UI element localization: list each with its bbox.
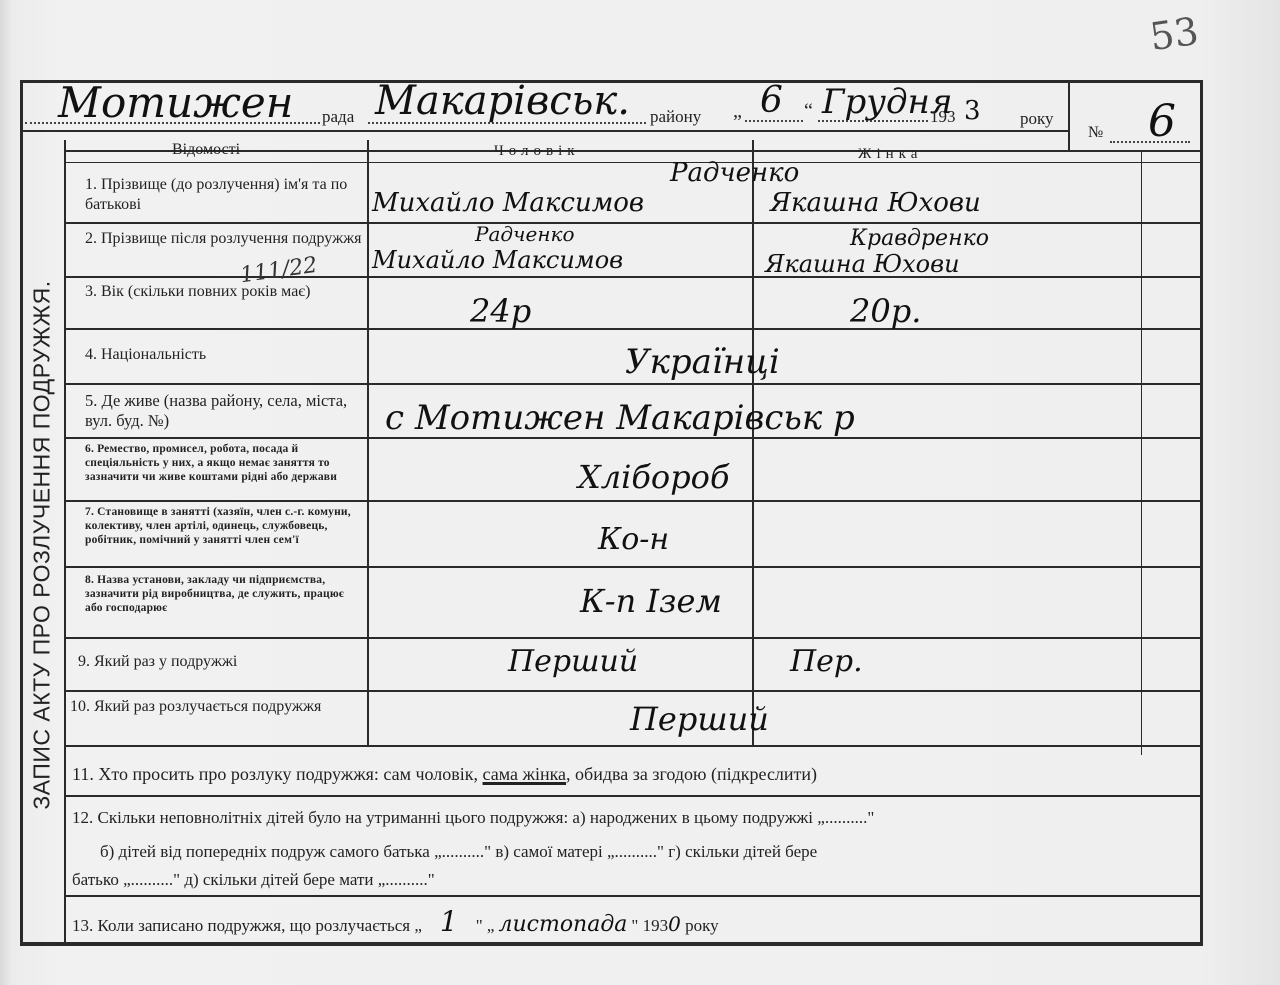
wife-name-after: Якашна Юхови <box>765 250 960 278</box>
husband-surname-after: Радченко <box>475 222 575 246</box>
occupation: Хлібороб <box>578 458 729 496</box>
row-label-4: 4. Національність <box>85 345 365 365</box>
husband-age: 24р <box>470 292 531 330</box>
year-label: року <box>1020 109 1054 129</box>
open-quote: „ <box>733 100 742 123</box>
row-label-3: 3. Вік (скільки повних років має) <box>85 282 365 302</box>
nationality: Українці <box>625 342 780 382</box>
column-header-wife: Жінка <box>858 146 922 163</box>
column-divider-2 <box>752 140 754 745</box>
column-divider-3 <box>1141 150 1142 755</box>
item-13: 13. Коли записано подружжя, що розлучаєт… <box>72 905 719 938</box>
husband-name-after: Михайло Максимов <box>372 246 623 274</box>
border-left <box>20 80 23 946</box>
item-12-line-1: 12. Скільки неповнолітніх дітей було на … <box>72 808 874 828</box>
row-line-8 <box>64 637 1202 639</box>
divorce-record-day: 1 <box>422 905 476 938</box>
row-line-4 <box>64 383 1202 385</box>
document-page: 53 ЗАПИС АКТУ ПРО РОЗЛУЧЕННЯ ПОДРУЖЖЯ. М… <box>0 0 1280 985</box>
item-12-line-3: батько „.........." д) скільки дітей бер… <box>72 870 435 890</box>
wife-name-before: Якашна Юхови <box>770 188 981 218</box>
header-bottom-line <box>20 130 1070 132</box>
column-header-line <box>64 162 1202 163</box>
row-line-11 <box>64 795 1202 797</box>
row-line-2 <box>64 276 1202 278</box>
row-line-9 <box>64 690 1202 692</box>
number-box-divider <box>1068 80 1070 150</box>
year-prefix: 193 <box>930 107 956 127</box>
row-label-9: 9. Який раз у подружжі <box>78 652 353 672</box>
side-title-divider <box>64 140 66 946</box>
council-name: Мотижен <box>58 78 293 127</box>
number-label: № <box>1088 124 1103 142</box>
row-line-7 <box>64 566 1202 568</box>
row-line-1 <box>64 222 1202 224</box>
row-label-7: 7. Становище в занятті (хазяїн, член с.-… <box>85 505 355 547</box>
item-11: 11. Хто просить про розлуку подружжя: са… <box>72 764 817 785</box>
row-line-12 <box>64 895 1202 897</box>
row-line-10 <box>64 745 1202 747</box>
underlined-answer: сама жінка <box>483 764 567 784</box>
column-header-husband: Чоловік <box>494 143 580 160</box>
year-suffix: 3 <box>964 96 981 126</box>
row-label-6: 6. Ремество, промисел, робота, посада й … <box>85 442 355 484</box>
row-label-2: 2. Прізвище після розлучення подружжя <box>85 229 365 249</box>
item-12-line-2: б) дітей від попередніх подруж самого ба… <box>100 842 817 862</box>
employment-status: Ко-н <box>598 522 669 557</box>
header-day: 6 <box>760 80 783 121</box>
row-label-8: 8. Назва установи, закладу чи підприємст… <box>85 573 355 615</box>
residence: с Мотижен Макарівськ р <box>385 398 855 438</box>
council-label: рада <box>322 107 354 127</box>
row-line-3 <box>64 328 1202 330</box>
divorce-record-month: листопада <box>494 912 631 937</box>
border-right <box>1200 80 1203 946</box>
husband-name-before: Михайло Максимов <box>372 188 644 218</box>
husband-marriage-count: Перший <box>508 644 638 679</box>
row-label-10: 10. Який раз розлучається подружжя <box>70 697 340 717</box>
column-divider-1 <box>367 140 369 745</box>
divorce-record-year-suffix: 0 <box>668 912 681 936</box>
workplace: К-п Ізем <box>580 582 722 620</box>
column-header-info: Відомості <box>172 141 240 159</box>
row-label-5: 5. Де живе (назва району, села, міста, в… <box>85 391 357 431</box>
husband-surname-before-above: Радченко <box>670 158 799 188</box>
divorce-count: Перший <box>630 700 769 738</box>
side-title: ЗАПИС АКТУ ПРО РОЗЛУЧЕННЯ ПОДРУЖЖЯ. <box>29 280 56 809</box>
wife-age: 20р. <box>850 292 921 330</box>
row-line-6 <box>64 500 1202 502</box>
archive-page-number: 53 <box>1147 9 1201 59</box>
district-name: Макарівськ. <box>375 78 630 124</box>
district-label: району <box>650 107 701 127</box>
border-bottom <box>20 942 1202 946</box>
wife-surname-after: Кравдренко <box>850 226 989 251</box>
record-number: 6 <box>1148 96 1176 147</box>
close-quote: “ <box>804 100 813 123</box>
wife-marriage-count: Пер. <box>790 644 863 679</box>
row-label-1: 1. Прізвище (до розлучення) ім'я та по б… <box>85 175 360 215</box>
